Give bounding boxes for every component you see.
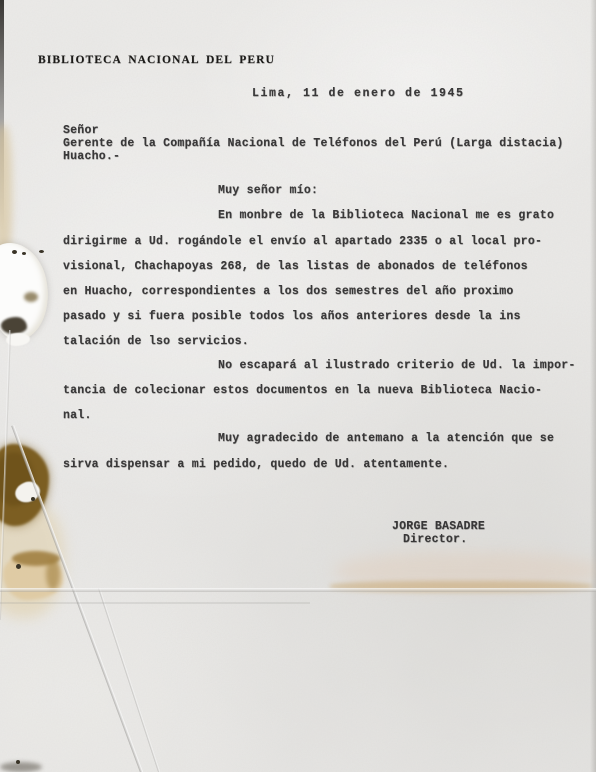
diagonal-crease <box>11 425 143 772</box>
beige-water-stain <box>0 500 64 618</box>
left-vertical-crease <box>0 330 11 620</box>
signature-name: JORGE BASADRE <box>392 520 485 533</box>
body-line: En monbre de la Biblioteca Nacional me e… <box>218 209 554 222</box>
body-line: visional, Chachapoyas 268, de las listas… <box>63 260 528 273</box>
scanned-letter-page: BIBLIOTECA NACIONAL DEL PERU Lima, 11 de… <box>0 0 596 772</box>
body-line: tancia de colecionar estos documentos en… <box>63 384 542 397</box>
ink-speck <box>22 252 26 255</box>
ink-speck <box>39 250 44 253</box>
letterhead-title: BIBLIOTECA NACIONAL DEL PERU <box>38 54 275 66</box>
lower-beige-patch <box>3 552 63 600</box>
bottom-left-smudge <box>0 762 42 772</box>
body-line: en Huacho, correspondientes a los dos se… <box>63 285 514 298</box>
scan-edge-left <box>0 0 4 230</box>
warm-discoloration <box>335 552 596 590</box>
body-line: dirigirme a Ud. rogándole el envío al ap… <box>63 235 542 248</box>
ink-speck <box>16 564 21 569</box>
body-line: pasado y si fuera posible todos los años… <box>63 310 521 323</box>
brown-smudge <box>24 292 38 302</box>
dark-tear-fragment <box>1 317 27 334</box>
body-line: Muy agradecido de antemano a la atención… <box>218 432 554 445</box>
ink-speck <box>31 497 35 501</box>
body-line: nal. <box>63 409 92 422</box>
body-line: No escapará al ilustrado criterio de Ud.… <box>218 359 576 372</box>
ink-speck <box>16 760 20 764</box>
recipient-line-2: Gerente de la Compañía Nacional de Teléf… <box>63 137 564 150</box>
salutation: Muy señor mío: <box>218 184 318 197</box>
stain-rim-right <box>46 558 60 590</box>
recipient-line-1: Señor <box>63 124 99 137</box>
body-line: talación de lso servicios. <box>63 335 249 348</box>
horizontal-fold <box>0 588 596 592</box>
body-line: sirva dispensar a mi pedido, quedo de Ud… <box>63 458 449 471</box>
date-line: Lima, 11 de enero de 1945 <box>252 87 465 100</box>
scan-edge-right <box>590 0 596 772</box>
horizontal-fold-faint <box>0 602 310 604</box>
recipient-line-3: Huacho.- <box>63 150 120 163</box>
ink-speck <box>12 250 17 254</box>
signature-title: Director. <box>403 533 467 546</box>
